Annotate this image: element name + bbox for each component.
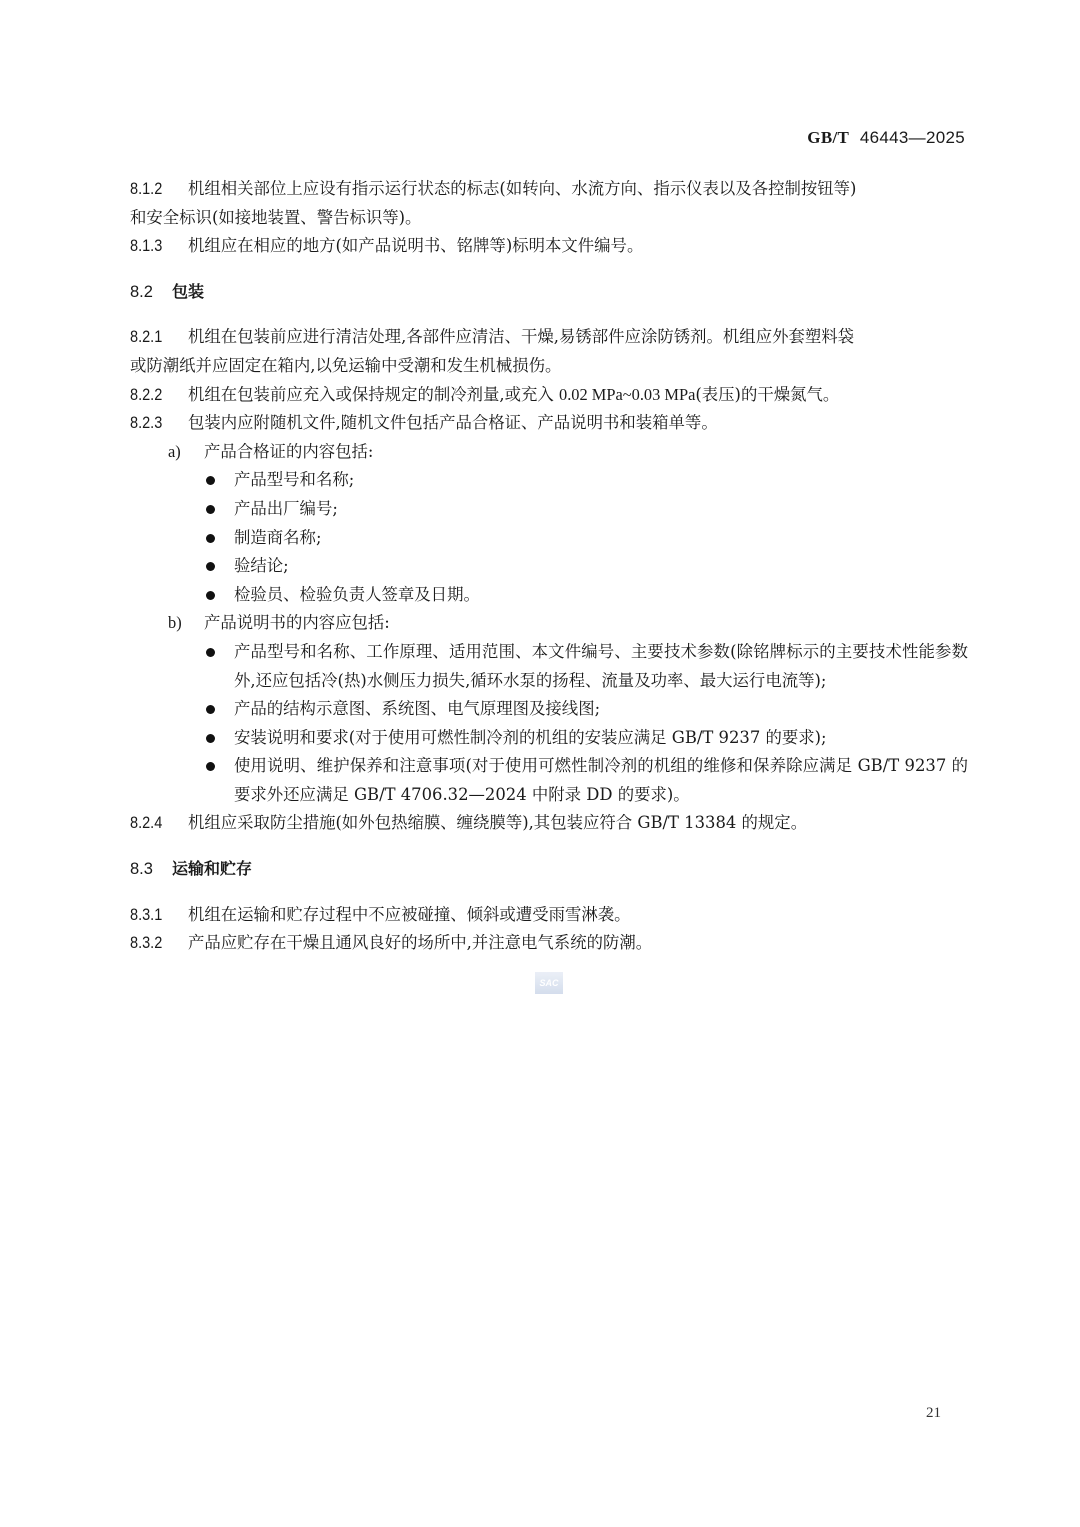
bullet-text: 使用说明、维护保养和注意事项(对于使用可燃性制冷剂的机组的维修和保养除应满足 G…: [234, 756, 968, 804]
section-title: 包装: [172, 282, 204, 301]
bullet-text: 制造商名称;: [234, 528, 321, 547]
bullet-text: 产品的结构示意图、系统图、电气原理图及接线图;: [234, 699, 600, 718]
clause-text: 包装内应附随机文件,随机文件包括产品合格证、产品说明书和装箱单等。: [188, 413, 718, 432]
bullet-text: 产品型号和名称、工作原理、适用范围、本文件编号、主要技术参数(除铭牌标示的主要技…: [234, 642, 968, 690]
bullet-text: 产品出厂编号;: [234, 499, 338, 518]
list-item-a: a) 产品合格证的内容包括:: [130, 438, 968, 467]
clause-number: 8.3.1: [130, 901, 162, 930]
clause-text: 机组应采取防尘措施(如外包热缩膜、缠绕膜等),其包装应符合 GB/T 13384…: [188, 813, 807, 832]
section-heading-8-2: 8.2 包装: [130, 278, 968, 307]
clause-8-2-3: 8.2.3 包装内应附随机文件,随机文件包括产品合格证、产品说明书和装箱单等。: [130, 409, 968, 438]
clause-number: 8.1.2: [130, 175, 162, 204]
bullet-icon: [206, 505, 215, 514]
list-item-text: 产品说明书的内容应包括:: [204, 613, 390, 632]
clause-8-1-2: 8.1.2机组相关部位上应设有指示运行状态的标志(如转向、水流方向、指示仪表以及…: [130, 175, 968, 232]
bullet-text: 验结论;: [234, 556, 289, 575]
bullet-item: 检验员、检验负责人签章及日期。: [130, 581, 968, 610]
bullet-text: 检验员、检验负责人签章及日期。: [234, 585, 480, 604]
clause-8-2-1: 8.2.1机组在包装前应进行清洁处理,各部件应清洁、干燥,易锈部件应涂防锈剂。机…: [130, 323, 968, 380]
clause-text: 机组在包装前应进行清洁处理,各部件应清洁、干燥,易锈部件应涂防锈剂。机组应外套塑…: [188, 327, 854, 346]
clause-number: 8.1.3: [130, 232, 162, 261]
list-item-b: b) 产品说明书的内容应包括:: [130, 609, 968, 638]
list-label: a): [168, 438, 181, 467]
clause-number: 8.3.2: [130, 929, 162, 958]
clause-text: 机组相关部位上应设有指示运行状态的标志(如转向、水流方向、指示仪表以及各控制按钮…: [188, 179, 856, 198]
bullet-item: 产品型号和名称;: [130, 466, 968, 495]
bullet-icon: [206, 705, 215, 714]
clause-number: 8.2.3: [130, 409, 162, 438]
section-heading-8-3: 8.3 运输和贮存: [130, 855, 968, 884]
bullet-icon: [206, 762, 215, 771]
bullet-item: 制造商名称;: [130, 524, 968, 553]
clause-text: 产品应贮存在干燥且通风良好的场所中,并注意电气系统的防潮。: [188, 933, 652, 952]
bullet-icon: [206, 534, 215, 543]
clause-8-1-3: 8.1.3 机组应在相应的地方(如产品说明书、铭牌等)标明本文件编号。: [130, 232, 968, 261]
bullet-item: 安装说明和要求(对于使用可燃性制冷剂的机组的安装应满足 GB/T 9237 的要…: [130, 724, 968, 753]
standard-prefix: GB/T: [807, 128, 849, 147]
bullet-icon: [206, 648, 215, 657]
clause-8-2-4: 8.2.4 机组应采取防尘措施(如外包热缩膜、缠绕膜等),其包装应符合 GB/T…: [130, 809, 968, 838]
clause-text: 机组在运输和贮存过程中不应被碰撞、倾斜或遭受雨雪淋袭。: [188, 905, 631, 924]
clause-number: 8.2.2: [130, 381, 162, 410]
bullet-text: 产品型号和名称;: [234, 470, 354, 489]
bullet-icon: [206, 476, 215, 485]
bullet-icon: [206, 591, 215, 600]
pressure-range: 0.02 MPa~0.03 MPa: [559, 385, 695, 404]
clause-text-continued: 和安全标识(如接地装置、警告标识等)。: [130, 208, 421, 227]
clause-text: 机组在包装前应充入或保持规定的制冷剂量,或充入: [188, 385, 559, 404]
sac-watermark-logo: SAC: [535, 972, 563, 994]
clause-text-end: (表压)的干燥氮气。: [695, 385, 839, 404]
list-item-text: 产品合格证的内容包括:: [204, 442, 373, 461]
clause-8-3-2: 8.3.2 产品应贮存在干燥且通风良好的场所中,并注意电气系统的防潮。: [130, 929, 968, 958]
list-label: b): [168, 609, 182, 638]
bullet-item: 使用说明、维护保养和注意事项(对于使用可燃性制冷剂的机组的维修和保养除应满足 G…: [130, 752, 968, 809]
bullet-icon: [206, 734, 215, 743]
page-number: 21: [926, 1405, 941, 1422]
clause-text: 机组应在相应的地方(如产品说明书、铭牌等)标明本文件编号。: [188, 236, 643, 255]
bullet-item: 产品的结构示意图、系统图、电气原理图及接线图;: [130, 695, 968, 724]
section-title: 运输和贮存: [172, 859, 252, 878]
clause-number: 8.2.1: [130, 323, 162, 352]
clause-number: 8.2.4: [130, 809, 162, 838]
document-header: GB/T 46443—2025: [807, 128, 965, 148]
bullet-text: 安装说明和要求(对于使用可燃性制冷剂的机组的安装应满足 GB/T 9237 的要…: [234, 728, 827, 747]
section-number: 8.2: [130, 278, 153, 307]
bullet-item: 产品出厂编号;: [130, 495, 968, 524]
clause-text-continued: 或防潮纸并应固定在箱内,以免运输中受潮和发生机械损伤。: [130, 356, 561, 375]
clause-8-3-1: 8.3.1 机组在运输和贮存过程中不应被碰撞、倾斜或遭受雨雪淋袭。: [130, 901, 968, 930]
document-body: 8.1.2机组相关部位上应设有指示运行状态的标志(如转向、水流方向、指示仪表以及…: [130, 175, 968, 958]
standard-number: 46443—2025: [860, 128, 965, 147]
bullet-item: 产品型号和名称、工作原理、适用范围、本文件编号、主要技术参数(除铭牌标示的主要技…: [130, 638, 968, 695]
clause-8-2-2: 8.2.2 机组在包装前应充入或保持规定的制冷剂量,或充入 0.02 MPa~0…: [130, 381, 968, 410]
section-number: 8.3: [130, 855, 153, 884]
bullet-item: 验结论;: [130, 552, 968, 581]
bullet-icon: [206, 562, 215, 571]
watermark-text: SAC: [539, 978, 558, 988]
